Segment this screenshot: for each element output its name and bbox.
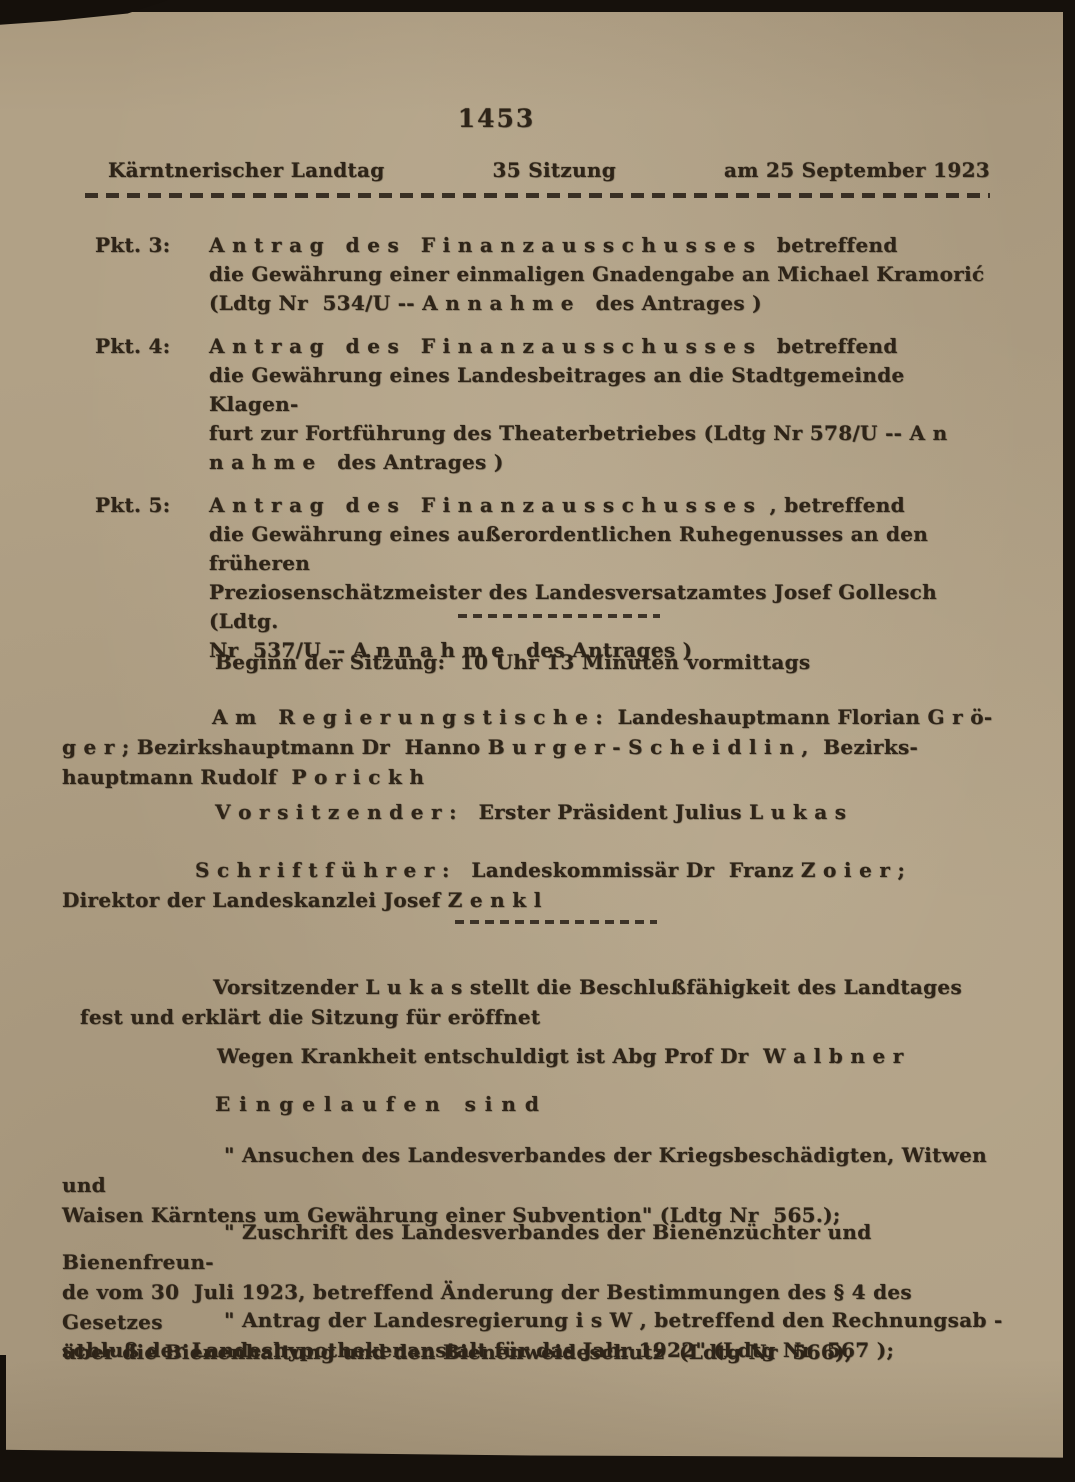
section-divider-rule bbox=[455, 920, 657, 924]
agenda-item-4: Pkt. 4: A n t r a g d e s F i n a n z a … bbox=[95, 332, 995, 477]
incoming-heading: E i n g e l a u f e n s i n d bbox=[215, 1092, 540, 1116]
section-divider-rule bbox=[458, 614, 660, 618]
agenda-item-number: Pkt. 5: bbox=[95, 491, 209, 665]
agenda-item-5: Pkt. 5: A n t r a g d e s F i n a n z a … bbox=[95, 491, 995, 665]
scan-edge-left bbox=[0, 1355, 6, 1460]
secretaries-paragraph: S c h r i f t f ü h r e r : Landeskommis… bbox=[62, 855, 1001, 915]
header-divider-rule bbox=[85, 193, 990, 198]
page-number: 1453 bbox=[0, 104, 993, 133]
scan-edge-bottom bbox=[0, 1448, 1063, 1460]
submission-item: " Antrag der Landesregierung i s W , bet… bbox=[62, 1305, 1005, 1365]
agenda-list: Pkt. 3: A n t r a g d e s F i n a n z a … bbox=[95, 231, 995, 679]
agenda-item-3: Pkt. 3: A n t r a g d e s F i n a n z a … bbox=[95, 231, 995, 318]
excused-line: Wegen Krankheit entschuldigt ist Abg Pro… bbox=[217, 1044, 904, 1068]
opening-statement-paragraph: Vorsitzender L u k a s stellt die Beschl… bbox=[80, 972, 1001, 1032]
agenda-item-text: A n t r a g d e s F i n a n z a u s s c … bbox=[209, 332, 995, 477]
agenda-item-number: Pkt. 3: bbox=[95, 231, 209, 318]
session-header: Kärntnerischer Landtag 35 Sitzung am 25 … bbox=[108, 158, 990, 182]
agenda-item-number: Pkt. 4: bbox=[95, 332, 209, 477]
header-institution: Kärntnerischer Landtag bbox=[108, 158, 385, 182]
document-page: 1453 Kärntnerischer Landtag 35 Sitzung a… bbox=[0, 12, 1063, 1460]
agenda-item-text: A n t r a g d e s F i n a n z a u s s c … bbox=[209, 491, 995, 665]
header-date: am 25 September 1923 bbox=[724, 158, 990, 182]
attendance-paragraph: A m R e g i e r u n g s t i s c h e : La… bbox=[62, 702, 1001, 792]
agenda-item-text: A n t r a g d e s F i n a n z a u s s c … bbox=[209, 231, 995, 318]
header-session-number: 35 Sitzung bbox=[385, 158, 724, 182]
chair-line: V o r s i t z e n d e r : Erster Präside… bbox=[215, 800, 846, 824]
scanned-document: { "document": { "page_number": "1453", "… bbox=[0, 0, 1075, 1482]
session-start-line: Beginn der Sitzung: 10 Uhr 13 Minuten vo… bbox=[215, 650, 810, 674]
